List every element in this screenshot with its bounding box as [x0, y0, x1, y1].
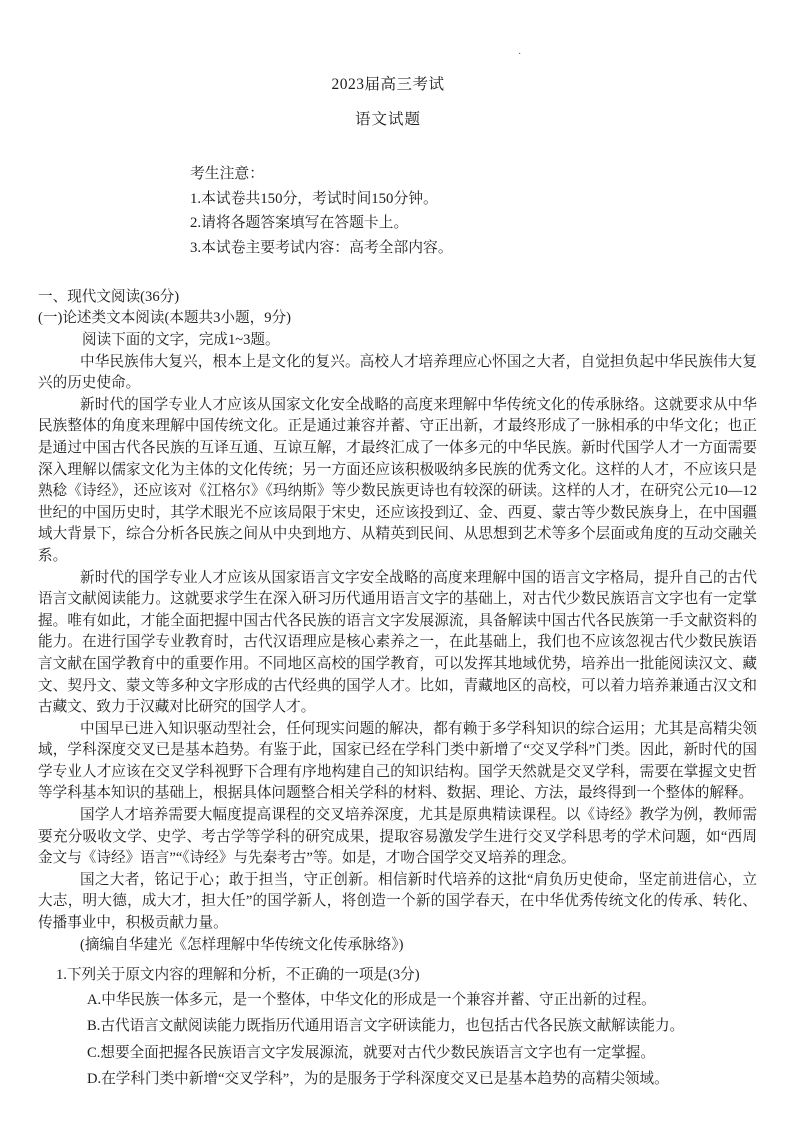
exam-title: 2023届高三考试	[0, 77, 776, 93]
subject-title: 语文试题	[0, 112, 776, 128]
section-heading: 一、现代文阅读(36分)	[38, 287, 757, 309]
question-1-option-c: C.想要全面把握各民族语言文字发展源流，就要对古代少数民族语言文字也有一定掌握。	[87, 1041, 757, 1065]
candidate-notice: 考生注意： 1.本试卷共150分，考试时间150分钟。 2.请将各题答案填写在答…	[190, 162, 793, 261]
notice-item-1: 1.本试卷共150分，考试时间150分钟。	[190, 187, 793, 212]
notice-item-2: 2.请将各题答案填写在答题卡上。	[190, 211, 793, 236]
passage-citation: (摘编自华建光《怎样理解中华传统文化传承脉络》)	[38, 935, 757, 957]
title-block: 2023届高三考试 语文试题	[0, 77, 793, 128]
question-1-option-a: A.中华民族一体多元，是一个整体，中华文化的形成是一个兼容并蓄、守正出新的过程。	[87, 988, 757, 1012]
question-1-option-d: D.在学科门类中新增“交叉学科”，为的是服务于学科深度交叉已是基本趋势的高精尖领…	[87, 1067, 757, 1091]
main-content: 一、现代文阅读(36分) (一)论述类文本阅读(本题共3小题，9分) 阅读下面的…	[38, 287, 757, 1091]
stray-mark: ·	[518, 50, 521, 60]
passage-paragraph-5: 国学人才培养需要大幅度提高课程的交叉培养深度，尤其是原典精读课程。以《诗经》教学…	[38, 805, 757, 870]
passage-paragraph-3: 新时代的国学专业人才应该从国家语言文字安全战略的高度来理解中国的语言文字格局，提…	[38, 568, 757, 719]
notice-heading: 考生注意：	[190, 162, 793, 187]
question-1-option-b: B.古代语言文献阅读能力既指历代通用语言文字研读能力，也包括古代各民族文献解读能…	[87, 1014, 757, 1038]
subsection-heading: (一)论述类文本阅读(本题共3小题，9分)	[38, 308, 757, 330]
passage-paragraph-6: 国之大者，铭记于心；敢于担当，守正创新。相信新时代培养的这批“肩负历史使命，坚定…	[38, 870, 757, 935]
question-1: 1.下列关于原文内容的理解和分析，不正确的一项是(3分) A.中华民族一体多元，…	[38, 964, 757, 1091]
passage-paragraph-4: 中国早已进入知识驱动型社会，任何现实问题的解决，都有赖于多学科知识的综合运用；尤…	[38, 719, 757, 805]
passage-paragraph-1: 中华民族伟大复兴，根本上是文化的复兴。高校人才培养理应心怀国之大者，自觉担负起中…	[38, 352, 757, 395]
notice-item-3: 3.本试卷主要考试内容：高考全部内容。	[190, 236, 793, 261]
exam-paper-page: · 2023届高三考试 语文试题 考生注意： 1.本试卷共150分，考试时间15…	[0, 0, 793, 1122]
passage-paragraph-2: 新时代的国学专业人才应该从国家文化安全战略的高度来理解中华传统文化的传承脉络。这…	[38, 395, 757, 568]
reading-passage: 中华民族伟大复兴，根本上是文化的复兴。高校人才培养理应心怀国之大者，自觉担负起中…	[38, 352, 757, 957]
reading-instruction: 阅读下面的文字，完成1~3题。	[38, 330, 757, 352]
question-1-stem: 1.下列关于原文内容的理解和分析，不正确的一项是(3分)	[56, 964, 757, 986]
